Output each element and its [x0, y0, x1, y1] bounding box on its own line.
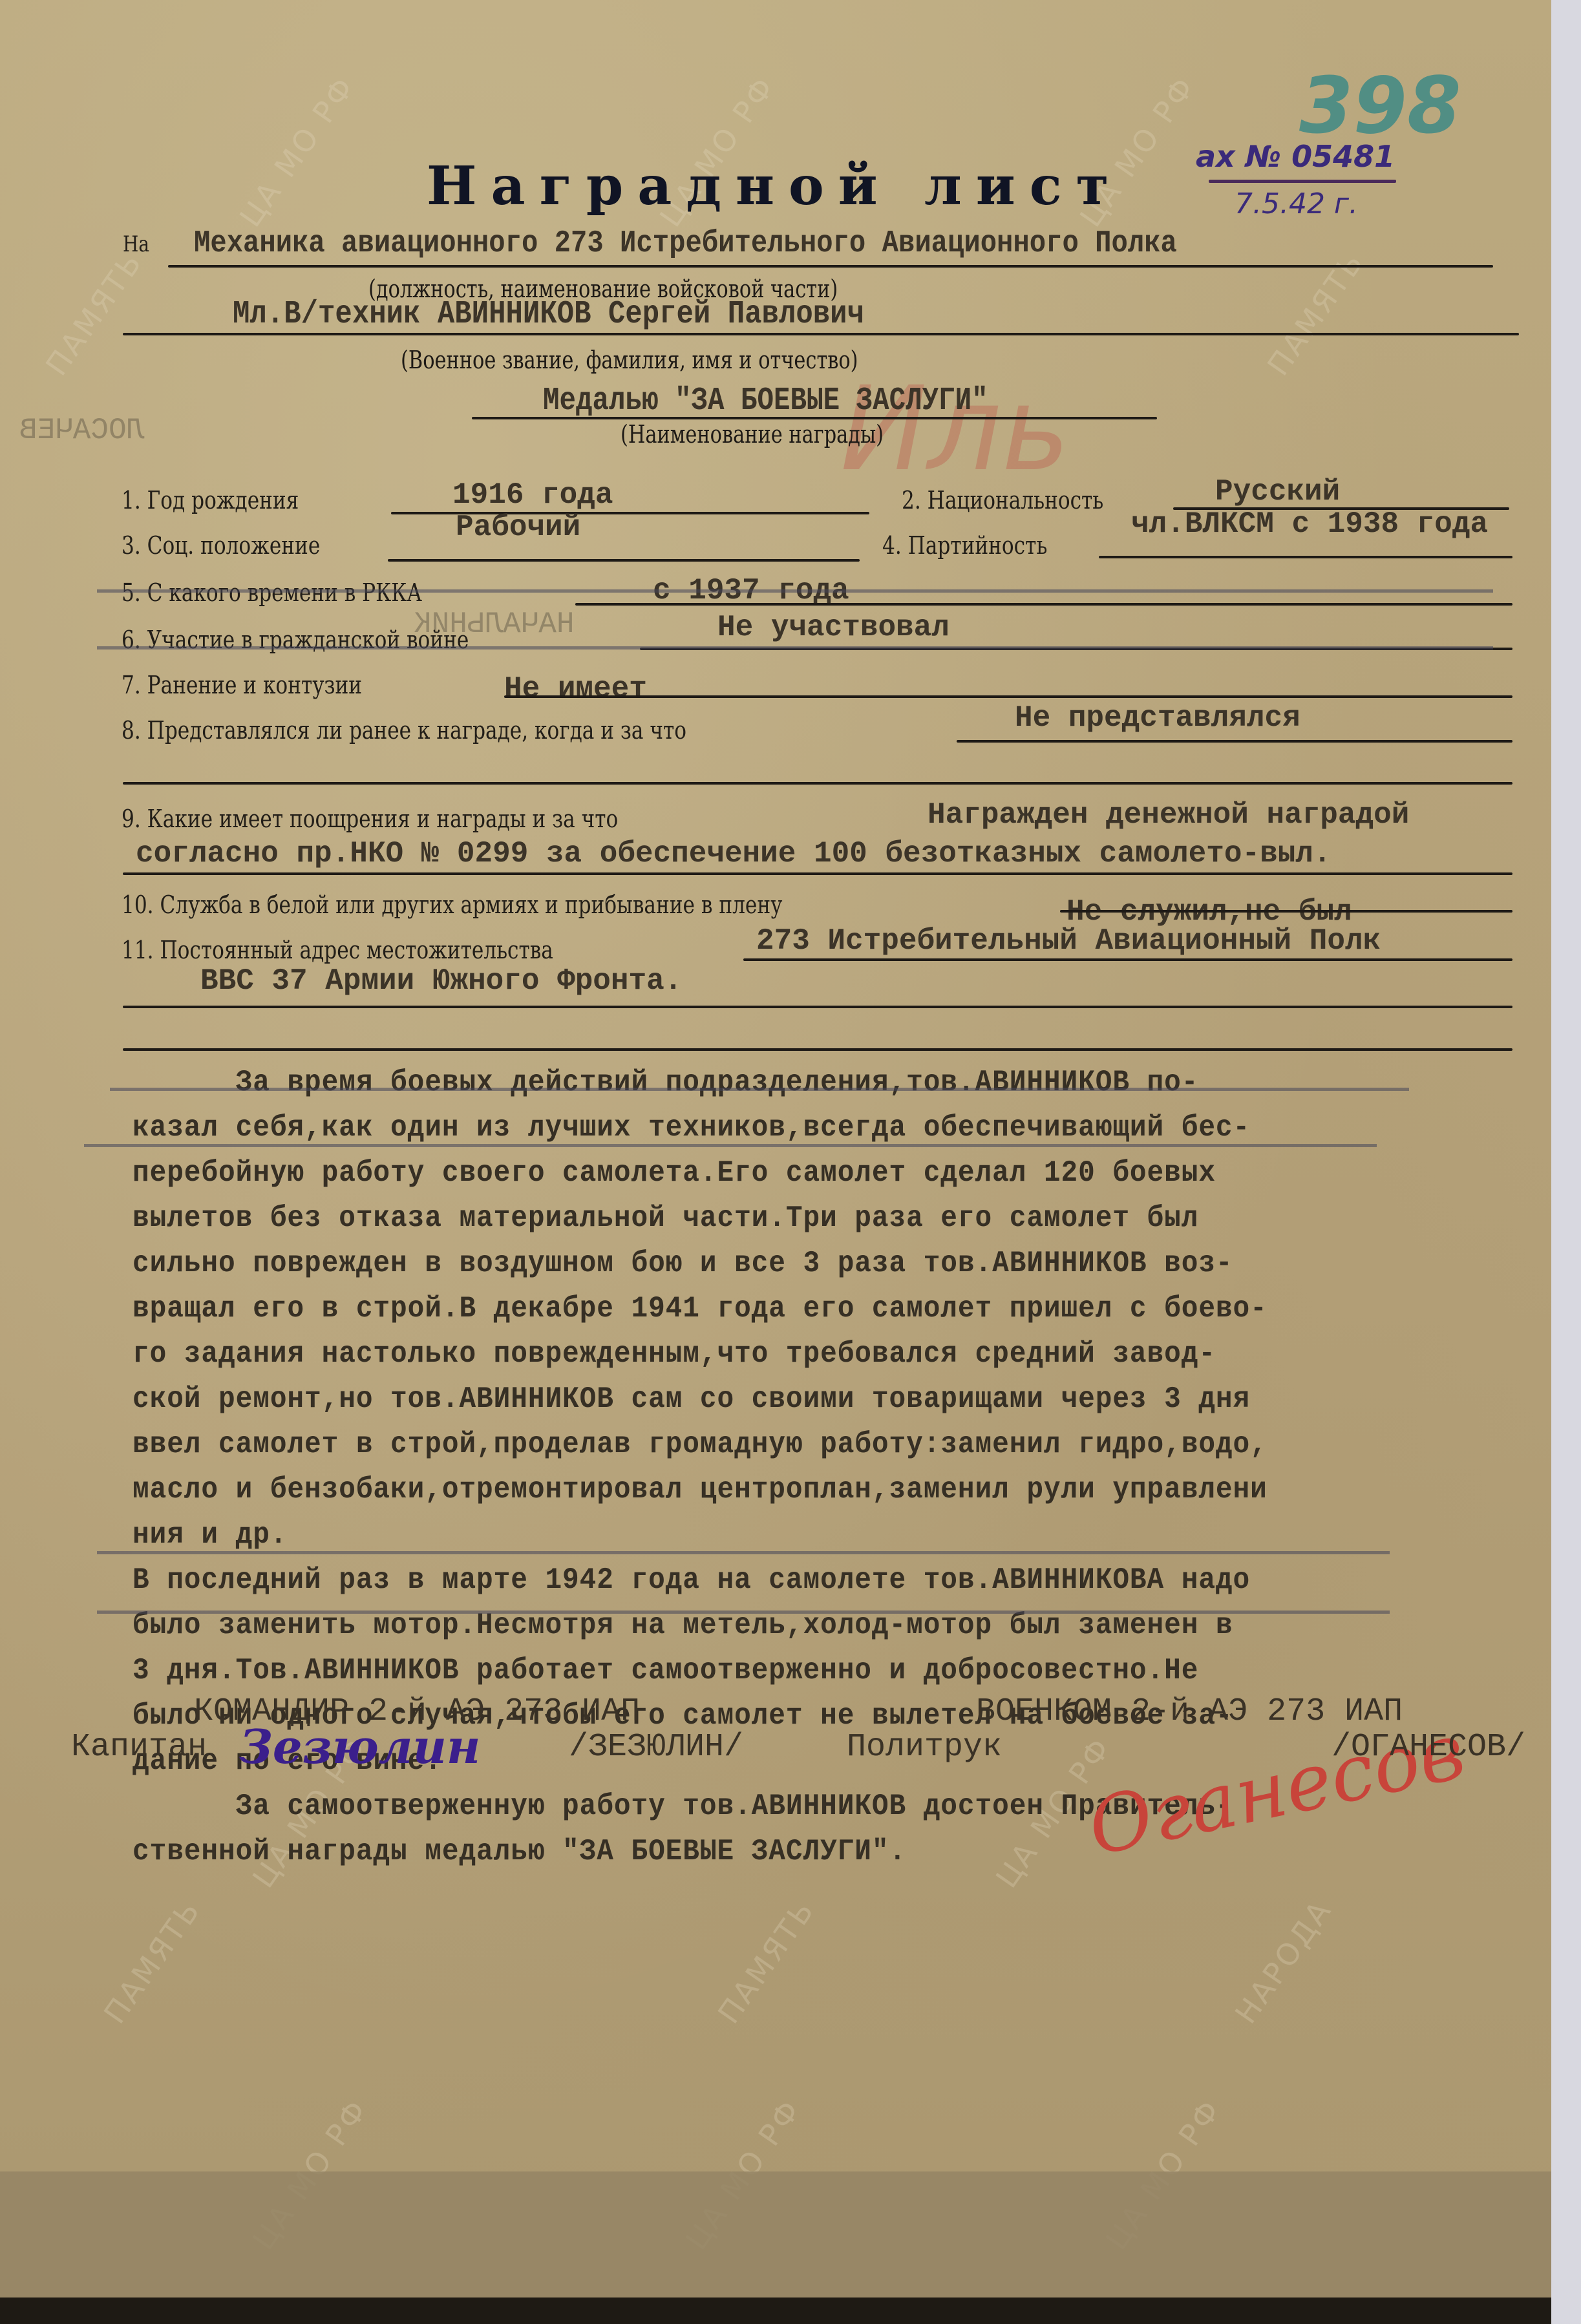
- narrative-line: В последний раз в марте 1942 года на сам…: [133, 1558, 1268, 1603]
- field-2-value: Русский: [1215, 475, 1340, 509]
- field-3-line: [388, 559, 860, 562]
- document-title: Наградной лист: [427, 155, 1123, 217]
- narrative-line: За время боевых действий подразделения,т…: [133, 1060, 1268, 1105]
- narrative-line: ввел самолет в строй,проделав громадную …: [133, 1422, 1268, 1467]
- strike-line: [97, 1611, 1390, 1614]
- field-8-label: 8. Представлялся ли ранее к награде, ког…: [122, 716, 686, 745]
- field-3-value: Рабочий: [456, 511, 580, 544]
- position-unit-line: [168, 265, 1493, 268]
- field-11-line-2: [123, 1006, 1512, 1008]
- field-9-value: Награжден денежной наградой: [928, 798, 1409, 832]
- award-value: Медалью "ЗА БОЕВЫЕ ЗАСЛУГИ": [543, 383, 988, 419]
- person-value: Мл.В/техник АВИННИКОВ Сергей Павлович: [233, 296, 864, 333]
- field-9-label: 9. Какие имеет поощрения и награды и за …: [122, 805, 618, 833]
- commander-signature: Зезюлин: [239, 1719, 480, 1774]
- watermark-project: ПАМЯТЬ: [711, 1893, 822, 2030]
- person-line: [123, 333, 1519, 335]
- field-4-label: 4. Партийность: [882, 531, 1047, 560]
- narrative-line: сильно поврежден в воздушном бою и все 3…: [133, 1241, 1268, 1286]
- field-11-line-3: [123, 1048, 1512, 1051]
- narrative-line: было заменить мотор.Несмотря на метель,х…: [133, 1603, 1268, 1648]
- page-right-edge: [1551, 0, 1581, 2324]
- narrative-line: го задания настолько поврежденным,что тр…: [133, 1331, 1268, 1377]
- field-7-value: Не имеет: [504, 672, 647, 706]
- field-8-value: Не представлялся: [1015, 701, 1300, 735]
- award-caption: (Наименование награды): [621, 420, 884, 449]
- field-9-line: [123, 872, 1512, 875]
- commander-rank: Капитан: [71, 1729, 207, 1766]
- to-prefix: На: [123, 231, 149, 257]
- field-5-line: [575, 603, 1512, 606]
- commissar-name: /ОГАНЕСОВ/: [1332, 1729, 1525, 1766]
- registry-divider: [1209, 180, 1396, 183]
- strike-line: [97, 1551, 1390, 1554]
- narrative-line: ской ремонт,но тов.АВИННИКОВ сам со свои…: [133, 1377, 1268, 1422]
- commissar-title: ВОЕНКОМ 2-й АЭ 273 ИАП: [976, 1693, 1403, 1730]
- narrative-line: 3 дня.Тов.АВИННИКОВ работает самоотверже…: [133, 1648, 1268, 1693]
- field-7-label: 7. Ранение и контузии: [122, 671, 362, 699]
- watermark-archive: ЦА МО РФ: [233, 69, 362, 233]
- field-6-label: 6. Участие в гражданской войне: [122, 626, 469, 654]
- field-11-label: 11. Постоянный адрес местожительства: [122, 936, 553, 964]
- field-10-label: 10. Служба в белой или других армиях и п…: [122, 891, 782, 919]
- commissar-rank: Политрук: [847, 1729, 1002, 1766]
- field-9-value-line2: согласно пр.НКО № 0299 за обеспечение 10…: [136, 837, 1332, 871]
- narrative-line: вращал его в строй.В декабре 1941 года е…: [133, 1286, 1268, 1331]
- field-10-line: [1060, 910, 1512, 913]
- award-sheet: ЦА МО РФ ЦА МО РФ ЦА МО РФ ПАМЯТЬ ПАМЯТЬ…: [0, 0, 1551, 2298]
- strike-line: [84, 1144, 1377, 1147]
- strike-line: [110, 1088, 1409, 1091]
- field-11-line: [743, 958, 1512, 961]
- bleed-through-text: ЛОСАЧЕВ: [19, 414, 144, 447]
- watermark-project: НАРОДА: [1228, 1893, 1339, 2030]
- field-7-line: [504, 695, 1512, 698]
- person-caption: (Военное звание, фамилия, имя и отчество…: [401, 346, 858, 374]
- strike-line: [97, 646, 1493, 650]
- field-8-line-2: [123, 782, 1512, 785]
- position-unit-value: Механика авиационного 273 Истребительног…: [194, 226, 1177, 261]
- field-3-label: 3. Соц. положение: [122, 531, 320, 560]
- field-1-value: 1916 года: [452, 478, 613, 512]
- field-11-value-line2: ВВС 37 Армии Южного Фронта.: [200, 964, 682, 998]
- commander-name: /ЗЕЗЮЛИН/: [569, 1729, 743, 1766]
- field-2-label: 2. Национальность: [902, 486, 1103, 514]
- sheet-number: 398: [1299, 61, 1461, 151]
- registry-number: ах № 05481: [1196, 139, 1395, 174]
- page-bottom-edge: [0, 2171, 1551, 2298]
- field-1-label: 1. Год рождения: [122, 486, 299, 514]
- narrative-line: вылетов без отказа материальной части.Тр…: [133, 1196, 1268, 1241]
- registry-date: 7.5.42 г.: [1235, 187, 1358, 220]
- watermark-project: ПАМЯТЬ: [39, 245, 149, 382]
- award-line: [472, 417, 1157, 419]
- narrative-line: масло и бензобаки,отремонтировал центроп…: [133, 1467, 1268, 1512]
- strike-line: [97, 589, 1493, 593]
- field-4-line: [1099, 556, 1512, 558]
- field-6-value: Не участвовал: [717, 611, 950, 644]
- field-11-value: 273 Истребительный Авиационный Полк: [756, 924, 1381, 958]
- watermark-project: ПАМЯТЬ: [97, 1893, 207, 2030]
- field-4-value: чл.ВЛКСМ с 1938 года: [1131, 507, 1488, 541]
- field-5-label: 5. С какого времени в РККА: [122, 578, 422, 607]
- narrative-line: перебойную работу своего самолета.Его са…: [133, 1150, 1268, 1196]
- field-8-line: [957, 740, 1512, 743]
